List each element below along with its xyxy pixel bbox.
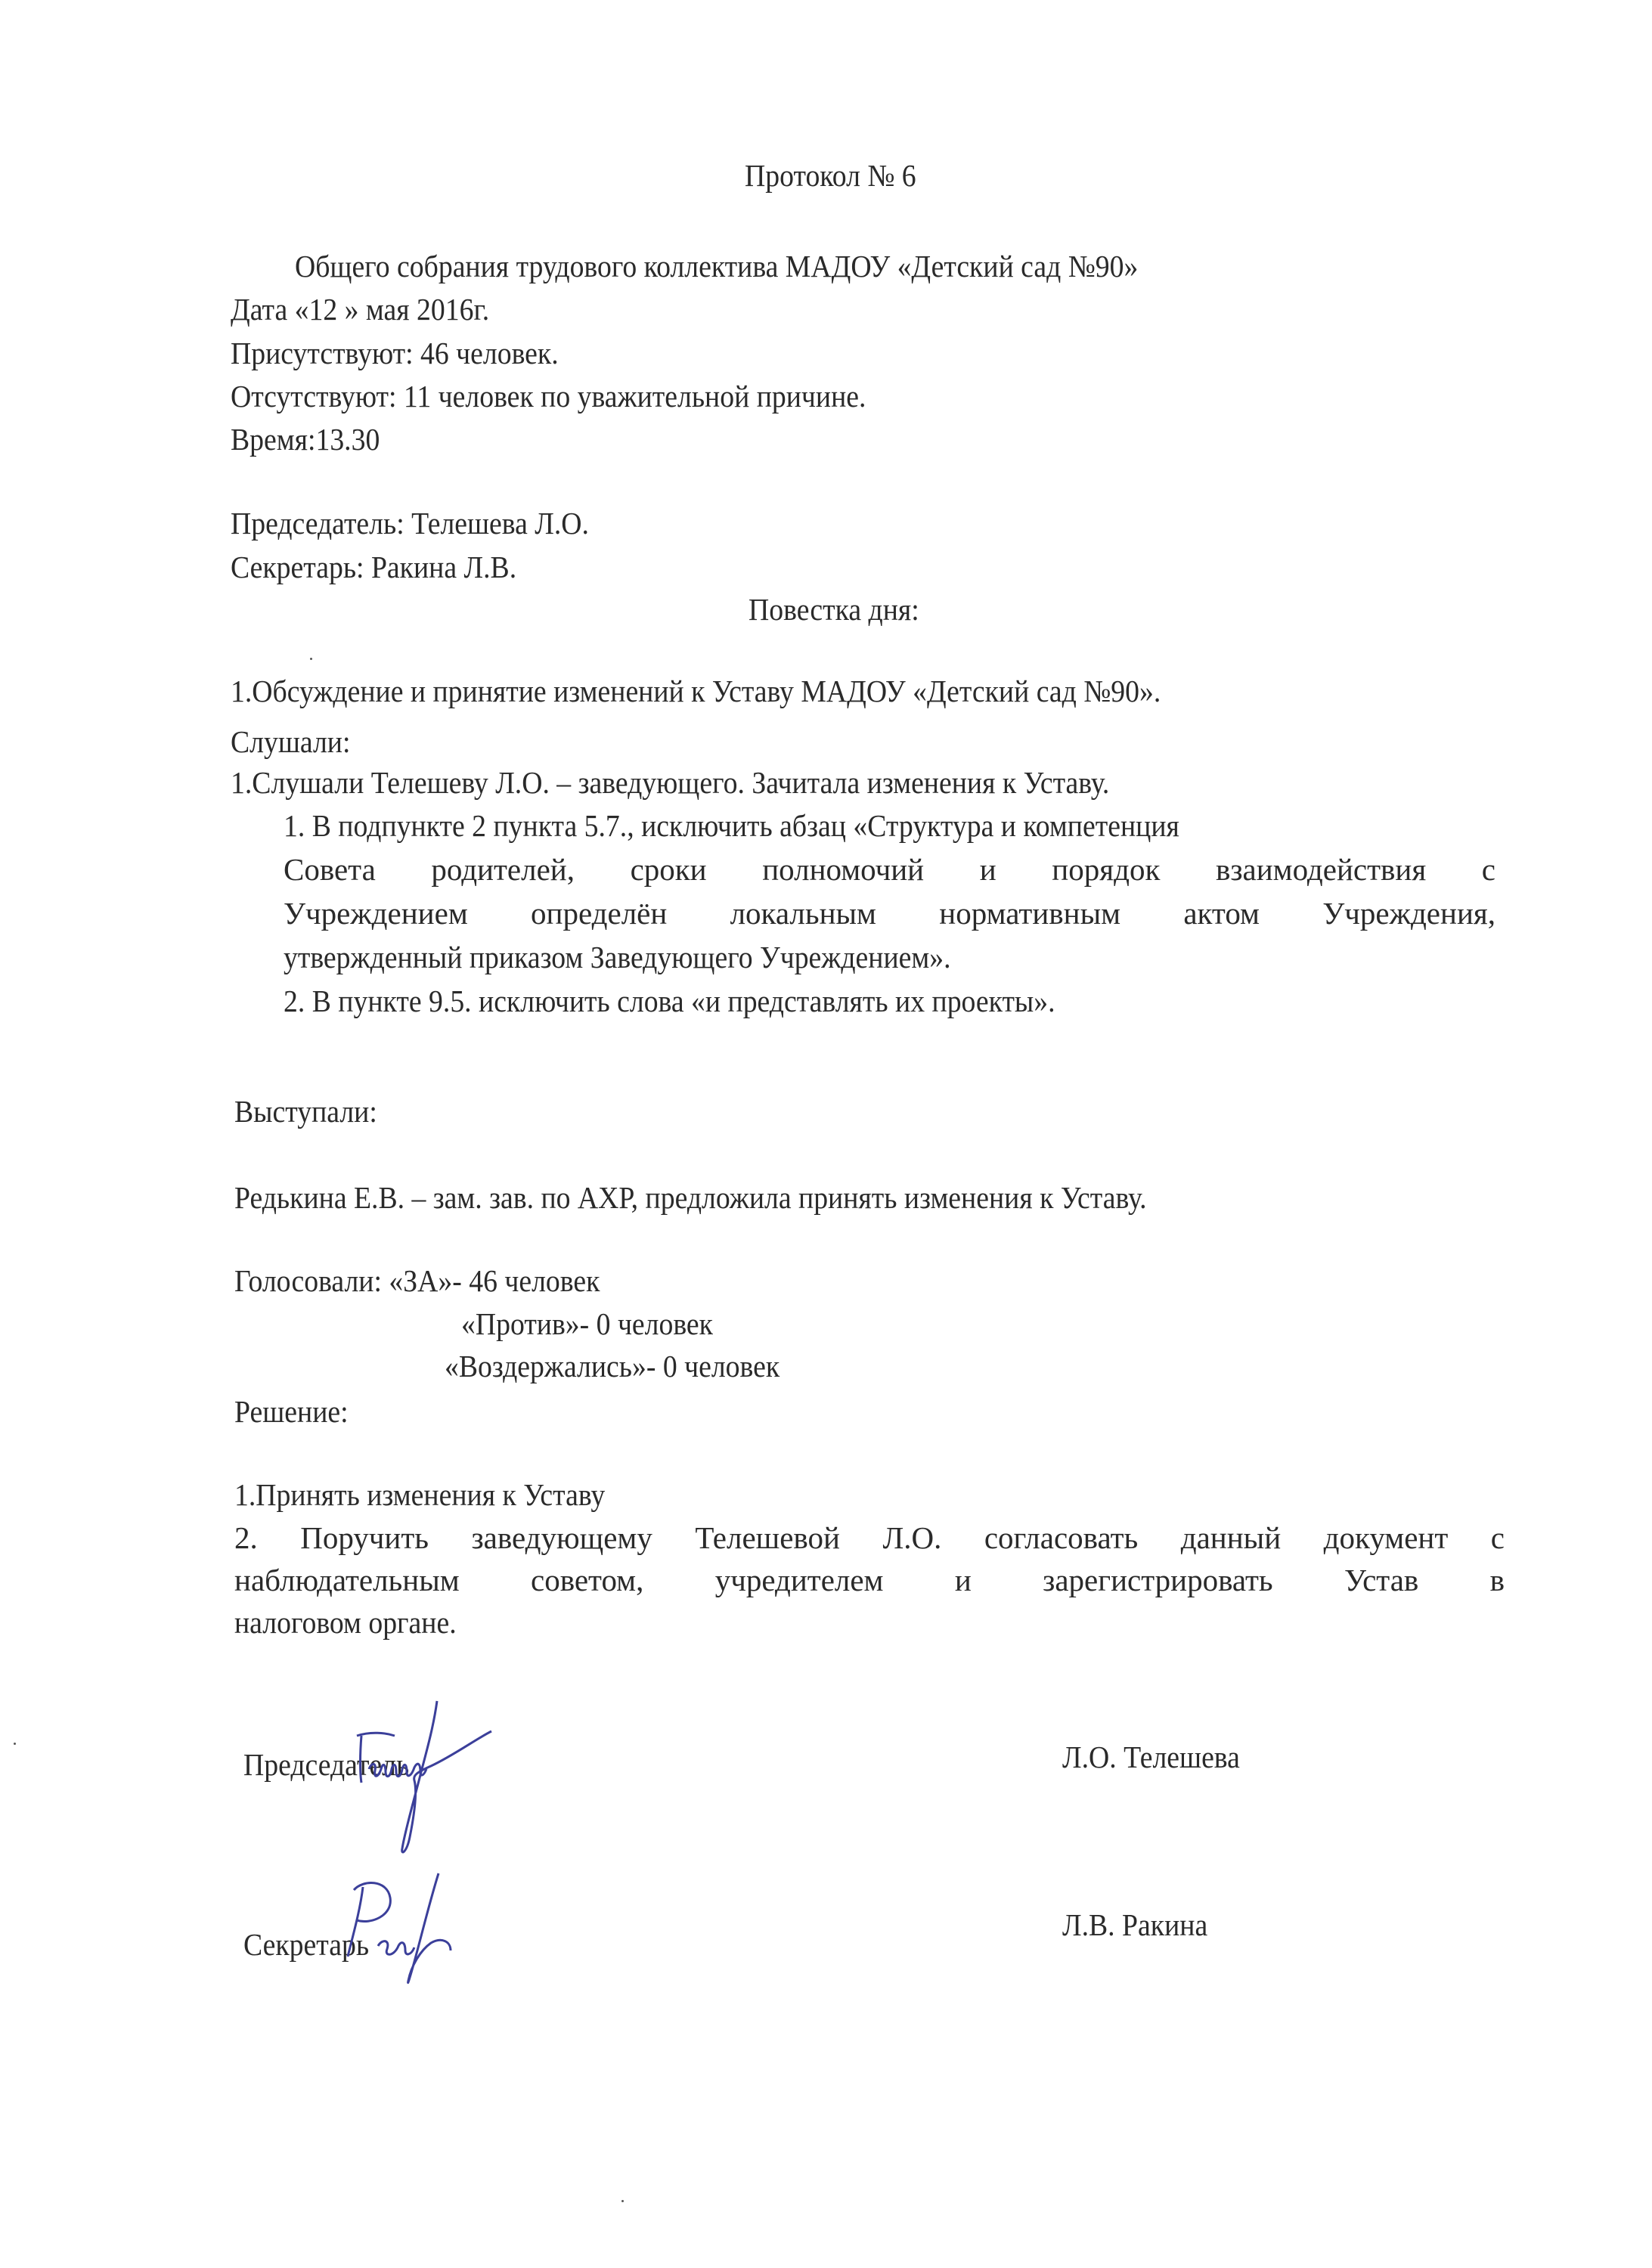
word: заведующему: [471, 1520, 652, 1556]
heard-item: 1.Слушали Телешеву Л.О. – заведующего. З…: [231, 764, 1109, 801]
word: учредителем: [715, 1562, 884, 1598]
word: родителей,: [431, 851, 575, 888]
signature-secretary-name: Л.В. Ракина: [1062, 1907, 1207, 1943]
change-item-1-line-4: утвержденный приказом Заведующего Учрежд…: [284, 939, 951, 975]
change-item-1-line-1: 1. В подпункте 2 пункта 5.7., исключить …: [284, 807, 1179, 844]
word: данный: [1181, 1520, 1281, 1556]
word: 2.: [234, 1520, 258, 1556]
document-subtitle: Общего собрания трудового коллектива МАД…: [295, 248, 1138, 284]
word: и: [980, 851, 996, 888]
chair-line: Председатель: Телешева Л.О.: [231, 505, 589, 541]
vote-against: «Против»- 0 человек: [461, 1306, 713, 1342]
meeting-date: Дата «12 » мая 2016г.: [231, 291, 489, 327]
decision-heading: Решение:: [234, 1393, 349, 1430]
word: Учреждением: [284, 895, 468, 931]
agenda-item: 1.Обсуждение и принятие изменений к Уста…: [231, 673, 1161, 709]
signature-chair-name: Л.О. Телешева: [1062, 1739, 1240, 1775]
scan-speck: [310, 658, 312, 660]
attendance-present: Присутствуют: 46 человек.: [231, 335, 559, 371]
word: порядок: [1052, 851, 1160, 888]
word: Учреждения,: [1322, 895, 1495, 931]
scan-speck: [621, 2200, 624, 2202]
word: документ: [1324, 1520, 1449, 1556]
meeting-time: Время:13.30: [231, 421, 380, 457]
change-item-1-line-3: Учреждением определён локальным норматив…: [284, 895, 1495, 931]
decision-item-2-line-3: налоговом органе.: [234, 1604, 457, 1641]
word: Л.О.: [882, 1520, 941, 1556]
scan-speck: [14, 1743, 16, 1745]
word: Телешевой: [695, 1520, 840, 1556]
word: полномочий: [762, 851, 924, 888]
secretary-line: Секретарь: Ракина Л.В.: [231, 549, 516, 585]
change-item-1-line-2: Совета родителей, сроки полномочий и пор…: [284, 851, 1495, 888]
word: нормативным: [939, 895, 1120, 931]
decision-item-1: 1.Принять изменения к Уставу: [234, 1476, 605, 1513]
word: Устав: [1344, 1562, 1418, 1598]
word: в: [1490, 1562, 1505, 1598]
word: с: [1491, 1520, 1505, 1556]
agenda-heading: Повестка дня:: [749, 591, 919, 627]
secretary-signature-icon: [318, 1867, 514, 1988]
vote-abstained: «Воздержались»- 0 человек: [445, 1348, 780, 1384]
word: согласовать: [984, 1520, 1138, 1556]
word: советом,: [531, 1562, 643, 1598]
spoke-heading: Выступали:: [234, 1093, 377, 1129]
word: наблюдательным: [234, 1562, 460, 1598]
vote-for: Голосовали: «ЗА»- 46 человек: [234, 1263, 600, 1299]
document-title: Протокол № 6: [745, 157, 916, 194]
word: определён: [531, 895, 667, 931]
word: зарегистрировать: [1043, 1562, 1272, 1598]
word: с: [1482, 851, 1495, 888]
spoke-text: Редькина Е.В. – зам. зав. по АХР, предло…: [234, 1179, 1147, 1216]
word: Совета: [284, 851, 376, 888]
heard-heading: Слушали:: [231, 723, 350, 760]
word: и: [955, 1562, 972, 1598]
attendance-absent: Отсутствуют: 11 человек по уважительной …: [231, 378, 866, 414]
document-page: Протокол № 6 Общего собрания трудового к…: [0, 0, 1652, 2268]
word: взаимодействия: [1216, 851, 1426, 888]
decision-item-2-line-1: 2. Поручить заведующему Телешевой Л.О. с…: [234, 1520, 1505, 1556]
change-item-2: 2. В пункте 9.5. исключить слова «и пред…: [284, 983, 1055, 1019]
word: актом: [1183, 895, 1260, 931]
word: локальным: [730, 895, 876, 931]
word: Поручить: [300, 1520, 429, 1556]
chair-signature-icon: [333, 1693, 529, 1867]
word: сроки: [631, 851, 707, 888]
decision-item-2-line-2: наблюдательным советом, учредителем и за…: [234, 1562, 1505, 1598]
